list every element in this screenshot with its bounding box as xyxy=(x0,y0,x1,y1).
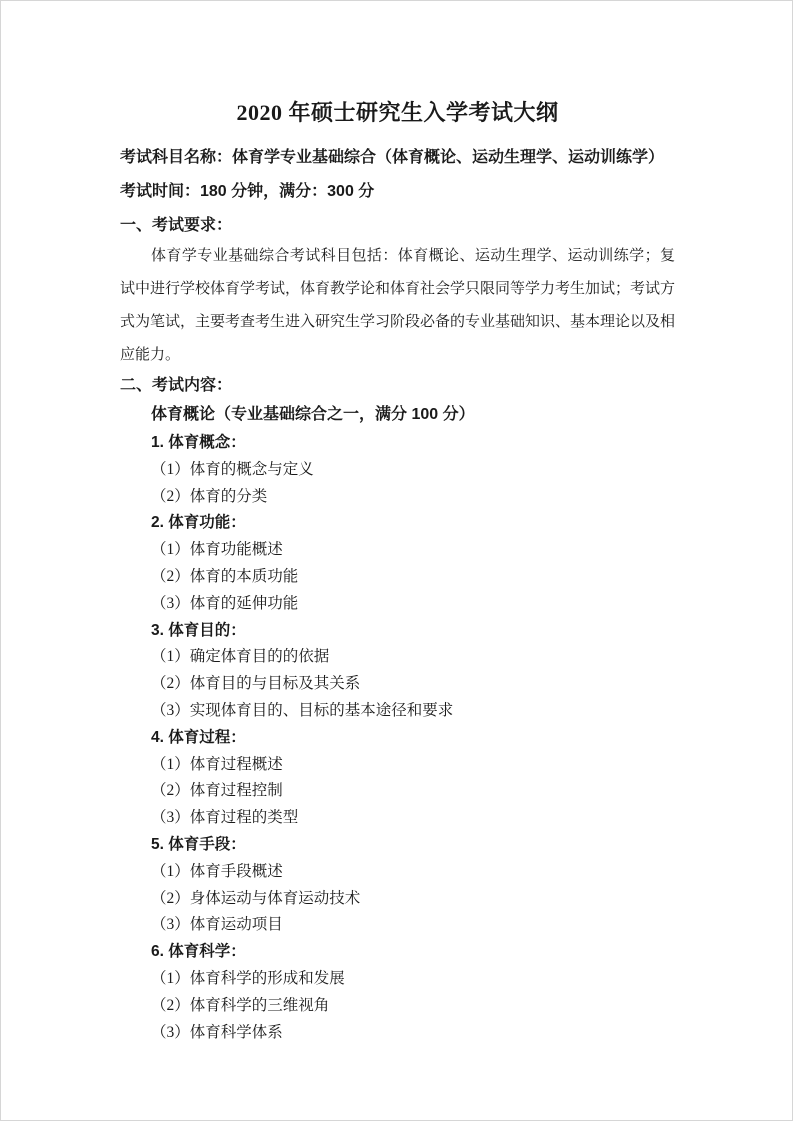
topic-list: 1. 体育概念： （1）体育的概念与定义 （2）体育的分类 2. 体育功能： （… xyxy=(120,430,675,1046)
topic-2-item-3: （3）体育的延伸功能 xyxy=(151,591,675,618)
topic-5-item-3: （3）体育运动项目 xyxy=(151,912,675,939)
topic-1-item-2: （2）体育的分类 xyxy=(151,484,675,511)
topic-2-item-1: （1）体育功能概述 xyxy=(151,537,675,564)
topic-5-item-1: （1）体育手段概述 xyxy=(151,859,675,886)
topic-3-heading: 3. 体育目的： xyxy=(151,618,675,645)
exam-time-line: 考试时间：180 分钟，满分：300 分 xyxy=(120,175,675,209)
topic-4-item-1: （1）体育过程概述 xyxy=(151,752,675,779)
topic-2-heading: 2. 体育功能： xyxy=(151,510,675,537)
topic-3-item-3: （3）实现体育目的、目标的基本途径和要求 xyxy=(151,698,675,725)
topic-1-item-1: （1）体育的概念与定义 xyxy=(151,457,675,484)
document-page: 2020 年硕士研究生入学考试大纲 考试科目名称：体育学专业基础综合（体育概论、… xyxy=(0,0,793,1121)
section-content-heading: 二、考试内容： xyxy=(120,372,675,400)
topic-3-item-2: （2）体育目的与目标及其关系 xyxy=(151,671,675,698)
topic-4-item-2: （2）体育过程控制 xyxy=(151,778,675,805)
requirements-paragraph: 体育学专业基础综合考试科目包括：体育概论、运动生理学、运动训练学；复试中进行学校… xyxy=(120,240,675,372)
topic-5-heading: 5. 体育手段： xyxy=(151,832,675,859)
topic-4-heading: 4. 体育过程： xyxy=(151,725,675,752)
document-title: 2020 年硕士研究生入学考试大纲 xyxy=(120,98,675,128)
section-requirements-heading: 一、考试要求： xyxy=(120,212,675,240)
topic-5-item-2: （2）身体运动与体育运动技术 xyxy=(151,886,675,913)
topic-4-item-3: （3）体育过程的类型 xyxy=(151,805,675,832)
topic-6-item-1: （1）体育科学的形成和发展 xyxy=(151,966,675,993)
topic-3-item-1: （1）确定体育目的的依据 xyxy=(151,644,675,671)
topic-1-heading: 1. 体育概念： xyxy=(151,430,675,457)
subject-overview-heading: 体育概论（专业基础综合之一，满分 100 分） xyxy=(151,400,675,430)
exam-subject-line: 考试科目名称：体育学专业基础综合（体育概论、运动生理学、运动训练学） xyxy=(120,141,675,175)
topic-6-item-3: （3）体育科学体系 xyxy=(151,1020,675,1047)
topic-6-heading: 6. 体育科学： xyxy=(151,939,675,966)
topic-2-item-2: （2）体育的本质功能 xyxy=(151,564,675,591)
topic-6-item-2: （2）体育科学的三维视角 xyxy=(151,993,675,1020)
